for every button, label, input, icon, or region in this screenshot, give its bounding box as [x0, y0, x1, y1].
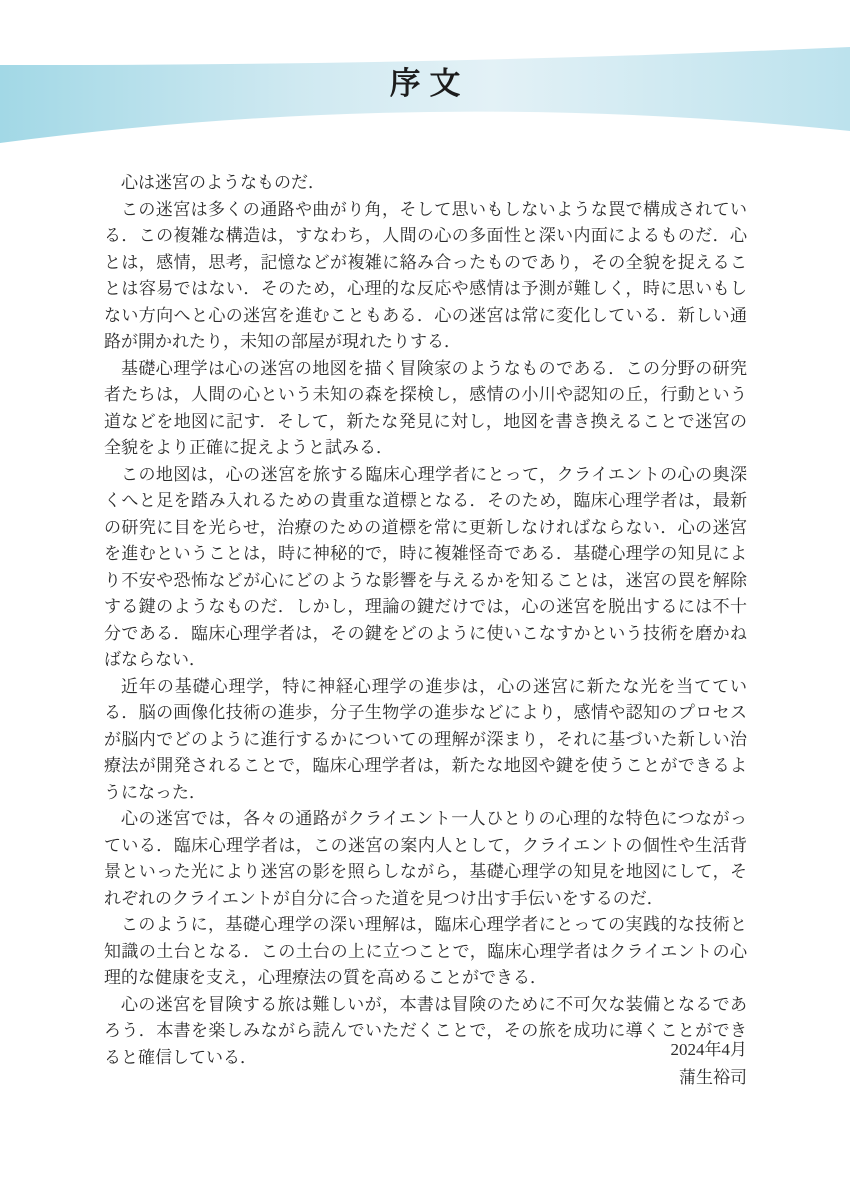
paragraph: 心は迷宮のようなものだ． — [104, 170, 747, 197]
paragraph: 心の迷宮では，各々の通路がクライエント一人ひとりの心理的な特色につながっている．… — [104, 806, 747, 912]
paragraph: この迷宮は多くの通路や曲がり角，そして思いもしないような罠で構成されている．この… — [104, 197, 747, 356]
paragraph: このように，基礎心理学の深い理解は，臨床心理学者にとっての実践的な技術と知識の土… — [104, 912, 747, 992]
paragraph: 基礎心理学は心の迷宮の地図を描く冒険家のようなものである．この分野の研究者たちは… — [104, 356, 747, 462]
preface-page: 序文 心は迷宮のようなものだ．この迷宮は多くの通路や曲がり角，そして思いもしない… — [0, 0, 850, 1200]
date-line: 2024年4月 — [104, 1036, 747, 1064]
paragraph: この地図は，心の迷宮を旅する臨床心理学者にとって，クライエントの心の奥深くへと足… — [104, 462, 747, 674]
signature-block: 2024年4月 蒲生裕司 — [104, 1036, 747, 1092]
preface-body: 心は迷宮のようなものだ．この迷宮は多くの通路や曲がり角，そして思いもしないような… — [104, 170, 747, 1071]
page-title: 序文 — [0, 66, 850, 102]
author-name: 蒲生裕司 — [104, 1064, 747, 1092]
paragraph: 近年の基礎心理学，特に神経心理学の進歩は，心の迷宮に新たな光を当てている．脳の画… — [104, 674, 747, 807]
